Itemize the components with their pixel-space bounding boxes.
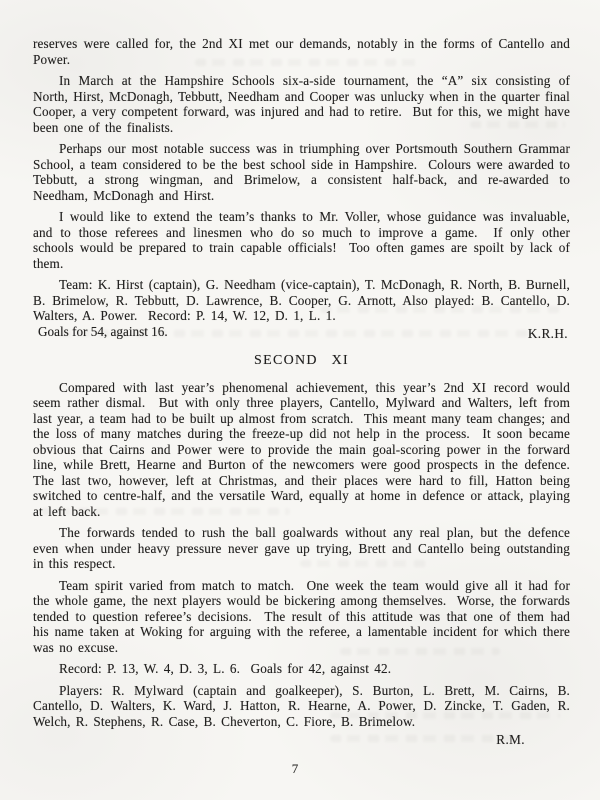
- first-xi-paragraph-thanks: I would like to extend the team’s thanks…: [33, 209, 570, 271]
- first-xi-paragraph-tournament: In March at the Hampshire Schools six-a-…: [33, 73, 570, 135]
- second-xi-paragraph-season-review: Compared with last year’s phenomenal ach…: [33, 380, 570, 520]
- first-xi-goals-row: Goals for 54, against 16. K.R.H.: [33, 324, 570, 340]
- first-xi-team-list: Team: K. Hirst (captain), G. Needham (vi…: [33, 277, 570, 324]
- second-xi-record-line: Record: P. 13, W. 4, D. 3, L. 6. Goals f…: [33, 661, 570, 677]
- first-xi-goals-line: Goals for 54, against 16.: [38, 324, 168, 340]
- first-xi-paragraph-colours: Perhaps our most notable success was in …: [33, 141, 570, 203]
- second-xi-paragraph-forwards-defence: The forwards tended to rush the ball goa…: [33, 525, 570, 572]
- magazine-page: reserves were called for, the 2nd XI met…: [0, 0, 600, 800]
- page-number: 7: [0, 761, 590, 777]
- second-xi-paragraph-team-spirit: Team spirit varied from match to match. …: [33, 578, 570, 656]
- first-xi-author-initials: K.R.H.: [528, 326, 568, 342]
- first-xi-continuation-paragraph: reserves were called for, the 2nd XI met…: [33, 36, 570, 67]
- section-heading-second-xi: SECOND XI: [33, 353, 570, 369]
- second-xi-author-initials: R.M.: [33, 732, 570, 748]
- second-xi-players-list: Players: R. Mylward (captain and goalkee…: [33, 683, 570, 730]
